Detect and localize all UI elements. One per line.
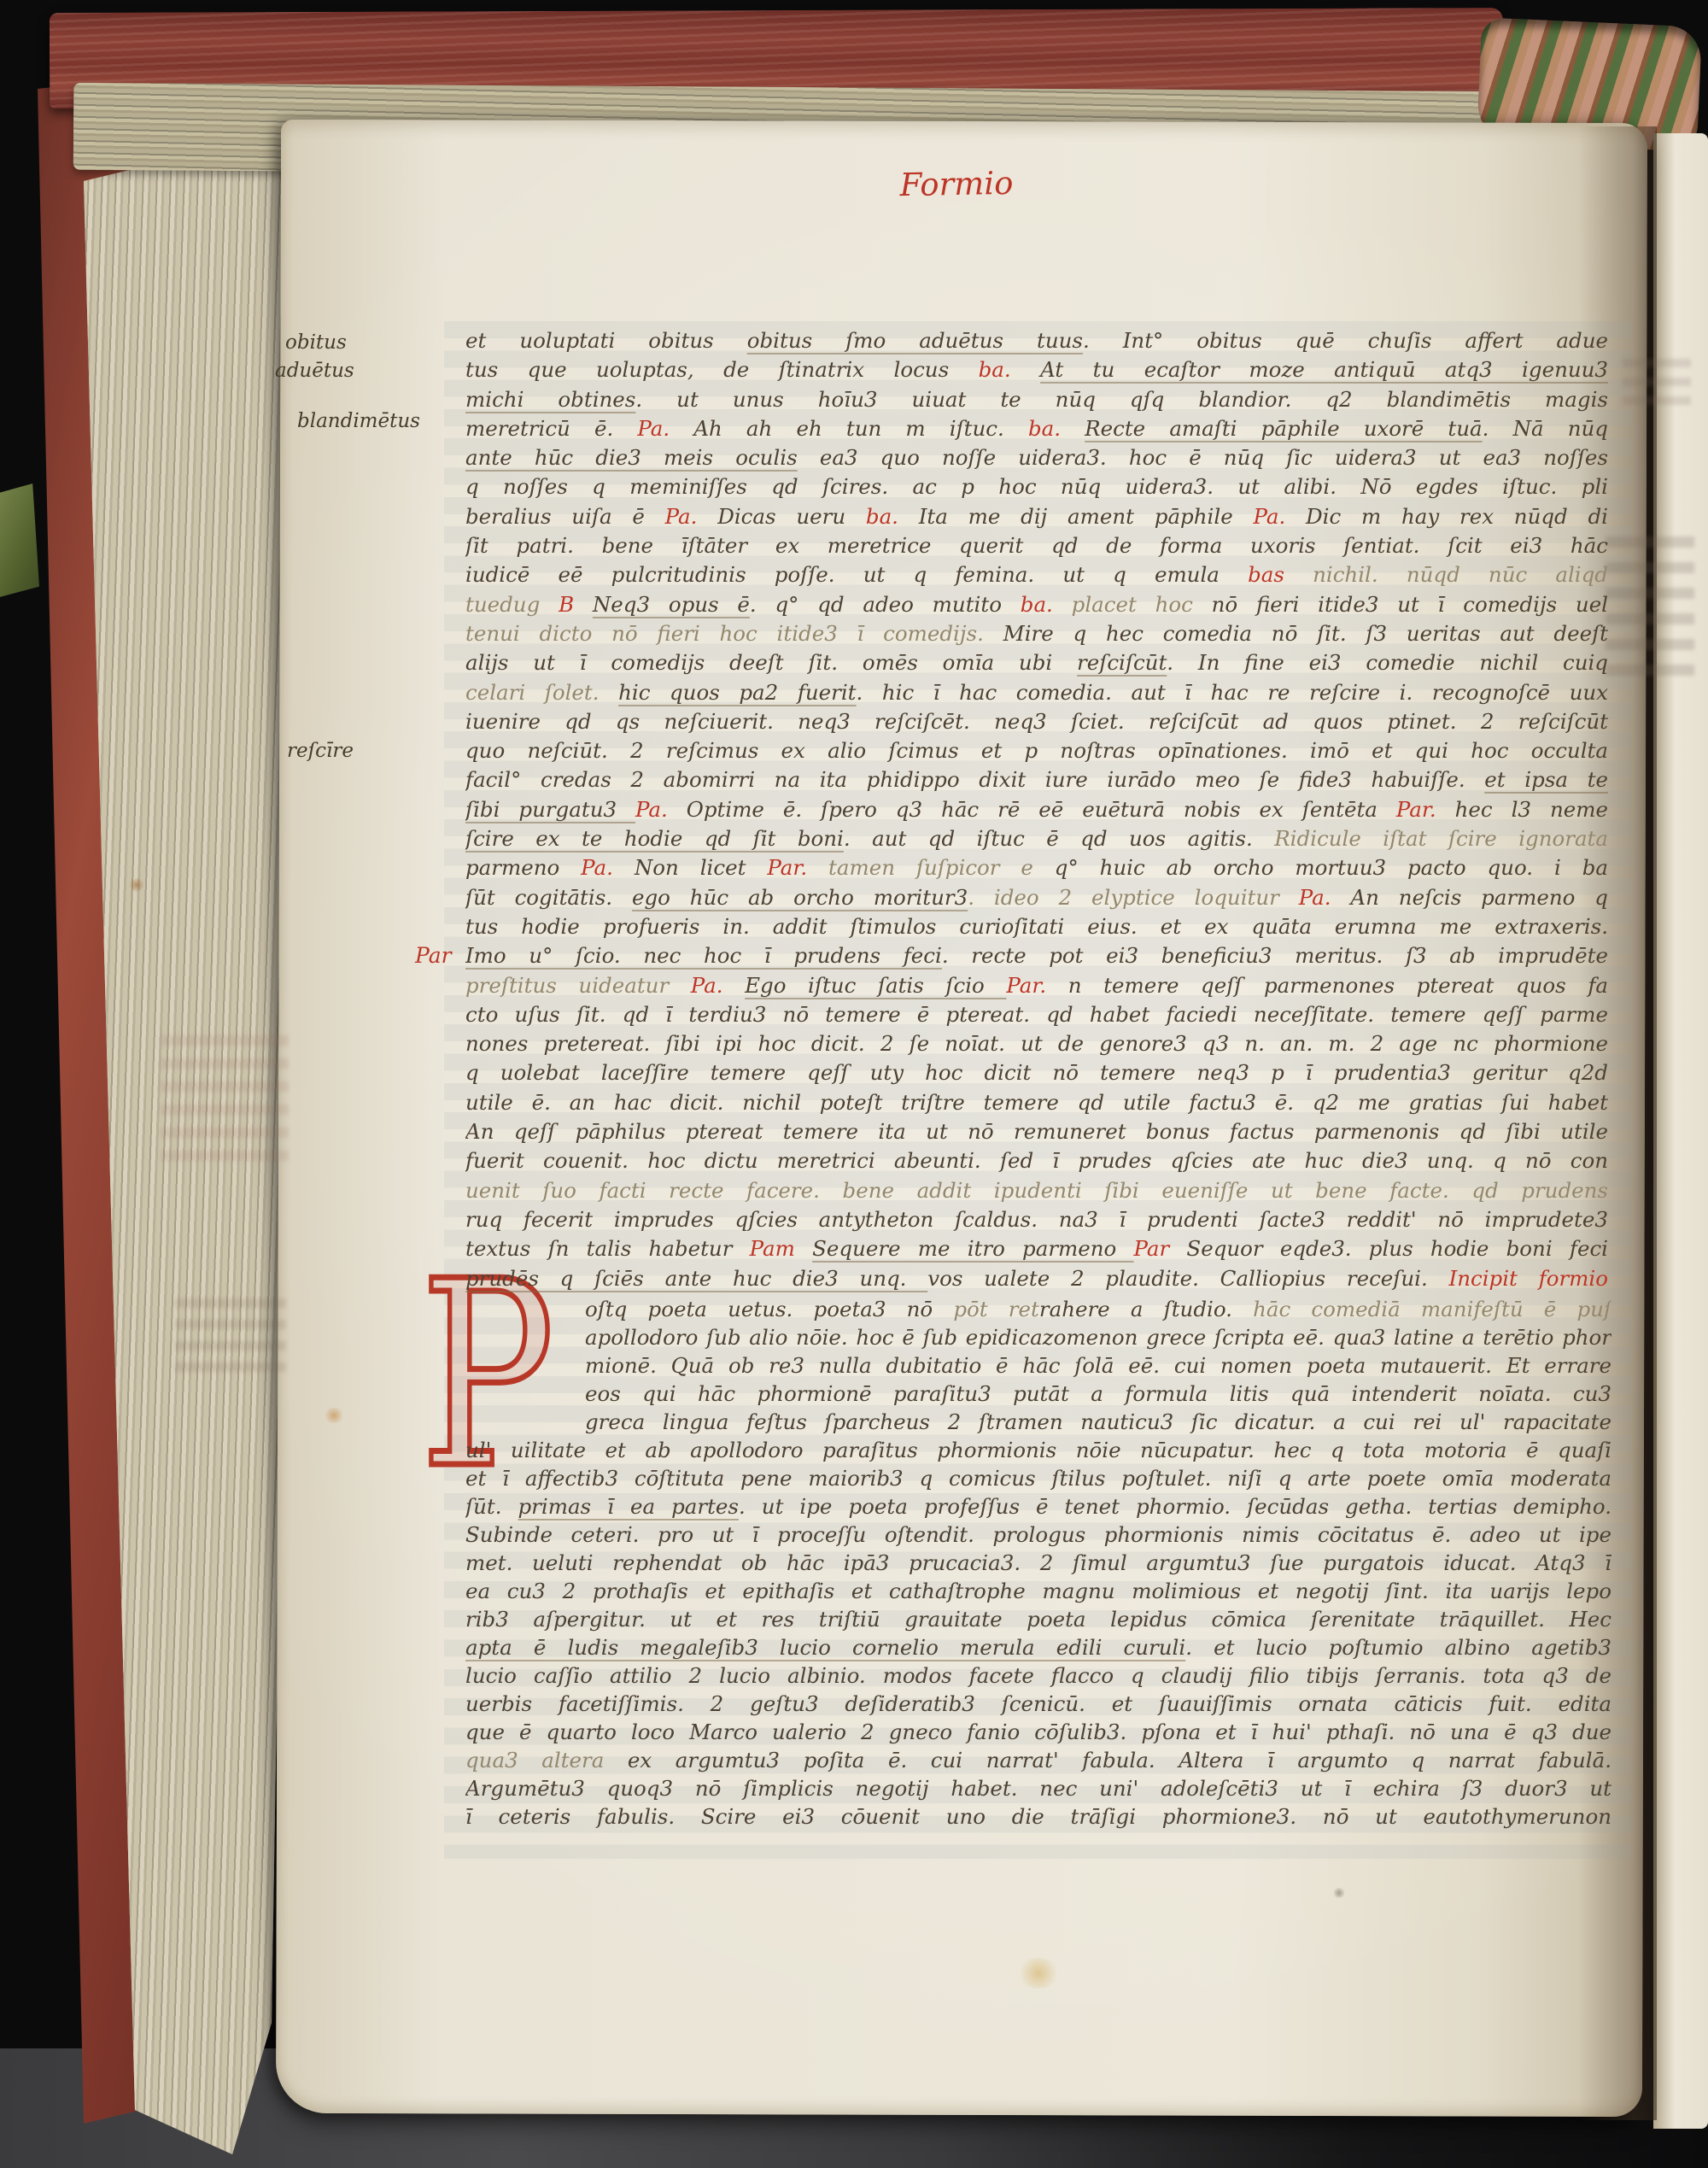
text-segment: tus que uoluptas, de ſtinatrix locus: [465, 357, 979, 382]
stain: [128, 878, 145, 892]
text-segment: ea3 quo noſſe uidera3. hoc ē nūq ſic uid…: [798, 445, 1608, 470]
text-segment: placet hoc: [1072, 592, 1193, 617]
text-line: Subinde ceteri. pro ut ī proceſſu oſtend…: [465, 1521, 1611, 1549]
text-segment: uenit ſuo facti recte facere. bene addit…: [465, 1178, 1608, 1203]
text-line: meretricū ē. Pa. Ah ah eh tun m iſtuc. b…: [465, 414, 1608, 443]
text-line: ante hūc die3 meis oculis ea3 quo noſſe …: [465, 443, 1608, 472]
text-line: lucio caſſio attilio 2 lucio albinio. mo…: [465, 1661, 1611, 1690]
text-segment: ea cu3 2 prothaſis et epithaſis et catha…: [465, 1579, 1611, 1603]
text-segment: q° huic ab orcho mortuu3 pacto quo. i ba: [1055, 855, 1608, 880]
text-segment: fuerit couenit. hoc dictu meretrici abeu…: [465, 1148, 1608, 1173]
text-line: uerbis facetiſſimis. 2 geſtu3 deſiderati…: [465, 1690, 1611, 1718]
text-segment: tus hodie profueris in. addit ſtimulos c…: [465, 914, 1608, 939]
text-segment: parmeno: [465, 855, 581, 880]
stain: [323, 1408, 345, 1423]
text-segment: . aut qd iſtuc ē qd uos agitis.: [844, 826, 1274, 851]
text-line: alijs ut ī comedijs deeſt ſit. omēs omīa…: [465, 648, 1608, 677]
text-segment: . ut ipe poeta profeſſus ē tenet phormio…: [739, 1494, 1611, 1519]
text-segment: et ī affectib3 cōſtituta pene maiorib3 q…: [465, 1466, 1611, 1491]
facing-page-edge: [1653, 133, 1708, 2129]
text-segment: lucio caſſio attilio 2 lucio albinio. mo…: [465, 1663, 1611, 1688]
margin-note-blandimentus: blandimētus: [297, 410, 420, 432]
text-line: oſtq poeta uetus. poeta3 nō pōt retraher…: [465, 1295, 1611, 1323]
text-segment: [795, 1236, 812, 1261]
text-segment: An qeſſ pāphilus ptereat temere ita ut n…: [465, 1119, 1608, 1144]
rubric-mark: ba.: [1021, 592, 1053, 617]
rubric-mark: Pa.: [581, 855, 613, 880]
text-column-1: et uoluptati obitus obitus ſmo aduētus t…: [465, 326, 1608, 1293]
text-segment: oſtq poeta uetus. poeta3 nō: [585, 1297, 953, 1321]
text-line: iudicē eē pulcritudinis poſſe. ut q femi…: [465, 560, 1608, 589]
rubric-mark: Pa.: [691, 973, 723, 998]
text-segment: meretricū ē.: [465, 416, 637, 441]
text-line: apta ē ludis megaleſib3 lucio cornelio m…: [465, 1633, 1611, 1661]
text-segment: Recte amaſti pāphile uxorē tuā: [1085, 416, 1482, 441]
text-segment: . q° qd adeo mutito: [750, 592, 1021, 617]
text-segment: uerbis facetiſſimis. 2 geſtu3 deſiderati…: [465, 1691, 1611, 1716]
text-line: q uolebat laceſſire temere qeſſ uty hoc …: [465, 1058, 1608, 1087]
text-segment: . Nā nūq: [1483, 416, 1608, 441]
text-segment: ego hūc ab orcho moritur3: [632, 885, 968, 910]
rubric-mark: Pa.: [1299, 885, 1331, 910]
text-line: ſit patri. bene īſtāter ex meretrice que…: [465, 531, 1608, 560]
text-segment: Ah ah eh tun m iſtuc.: [670, 416, 1028, 441]
rubric-mark: Pa.: [637, 416, 670, 441]
show-through-patch: [161, 1035, 289, 1163]
text-segment: Dicas ueru: [697, 504, 865, 529]
text-segment: Mire q hec comedia nō ſit. ſ3 ueritas au…: [1003, 621, 1608, 646]
text-segment: qua3 altera: [465, 1748, 628, 1772]
text-line: ſūt cogitātis. ego hūc ab orcho moritur3…: [465, 883, 1608, 912]
text-line: ul' uilitate et ab apollodoro paraſitus …: [465, 1436, 1611, 1464]
text-line: cto uſus ſit. qd ī terdiu3 nō temere ē p…: [465, 1000, 1608, 1029]
text-segment: rahere a ſtudio.: [1039, 1297, 1253, 1321]
rubric-mark: B: [559, 592, 593, 617]
text-line: ſibi purgatu3 Pa. Optime ē. ſpero q3 hāc…: [465, 795, 1608, 824]
rubric-mark: bas: [1248, 562, 1284, 587]
text-segment: apta ē ludis megaleſib3 lucio cornelio m…: [465, 1635, 1185, 1660]
text-segment: ante hūc die3 meis oculis: [465, 445, 798, 470]
text-segment: ſit patri. bene īſtāter ex meretrice que…: [465, 533, 1608, 558]
text-segment: ruq fecerit imprudes qſcies antytheton ſ…: [465, 1207, 1608, 1232]
text-segment: . In fine ei3 comedie nichil cuiq: [1167, 650, 1608, 675]
text-column-2: oſtq poeta uetus. poeta3 nō pōt retraher…: [465, 1295, 1611, 1831]
text-segment: nones pretereat. ſibi ipi hoc dicit. 2 ſ…: [465, 1031, 1608, 1056]
text-line: parmeno Pa. Non licet Par. tamen ſuſpico…: [465, 853, 1608, 882]
rubric-mark: Pa.: [635, 797, 668, 822]
text-segment: alijs ut ī comedijs deeſt ſit. omēs omīa…: [465, 650, 1077, 675]
text-segment: que ē quarto loco Marco ualerio 2 gneco …: [465, 1720, 1611, 1744]
text-line: q noſſes q meminiſſes qd ſcires. ac p ho…: [465, 472, 1608, 501]
text-line: tus que uoluptas, de ſtinatrix locus ba.…: [465, 355, 1608, 384]
text-segment: celari ſolet.: [465, 680, 618, 705]
text-segment: n temere qeſſ parmenones ptereat quos fa: [1046, 973, 1608, 998]
text-line: celari ſolet. hic quos pa2 fuerit. hic ī…: [465, 678, 1608, 707]
text-segment: Ita me dij ament pāphile: [898, 504, 1254, 529]
text-segment: ul' uilitate et ab apollodoro paraſitus …: [465, 1438, 1611, 1462]
text-segment: obitus ſmo aduētus tuus: [747, 328, 1083, 353]
text-line: facil° credas 2 abomirri na ita phidippo…: [465, 765, 1608, 794]
text-segment: . hic ī hac comedia. aut ī hac re reſcir…: [857, 680, 1608, 705]
text-segment: . recte pot ei3 beneficiu3 meritus. ſ3 a…: [942, 943, 1608, 968]
text-line: que ē quarto loco Marco ualerio 2 gneco …: [465, 1718, 1611, 1746]
text-segment: Sequere me itro parmeno: [812, 1236, 1133, 1261]
text-segment: iuenire qd qs neſciuerit. neq3 reſciſcēt…: [465, 709, 1608, 734]
stain: [1016, 1958, 1061, 1989]
text-segment: hec l3 neme: [1436, 797, 1608, 822]
text-segment: et uoluptati obitus: [465, 328, 747, 353]
text-line: prudēs q ſciēs ante huc die3 unq. vos ua…: [465, 1264, 1608, 1293]
text-segment: Dic m hay rex nūqd di: [1285, 504, 1608, 529]
text-line: greca lingua feſtus ſparcheus 2 ſtramen …: [465, 1408, 1611, 1436]
text-segment: . ideo 2 elyptice loquitur: [968, 885, 1299, 910]
text-segment: iudicē eē pulcritudinis poſſe. ut q femi…: [465, 562, 1248, 587]
text-segment: hic quos pa2 fuerit: [618, 680, 856, 705]
show-through-patch: [175, 1298, 286, 1380]
rubric-mark: Par.: [1396, 797, 1436, 822]
rubric-mark: Pam: [750, 1236, 795, 1261]
text-segment: michi obtines: [465, 387, 635, 412]
text-line: ſcire ex te hodie qd ſit boni. aut qd iſ…: [465, 824, 1608, 853]
text-segment: hāc comediā manifeſtū ē puſ: [1253, 1297, 1611, 1321]
text-segment: . ut unus hoīu3 uiuat te nūq qſq blandio…: [635, 387, 1608, 412]
text-line: tenui dicto nō fieri hoc itide3 ī comedi…: [465, 619, 1608, 648]
manuscript-photograph: Formio obitus aduētus blandimētus reſcīr…: [0, 0, 1708, 2168]
text-segment: Sequor eqde3. plus hodie boni feci: [1169, 1236, 1608, 1261]
text-line: michi obtines. ut unus hoīu3 uiuat te nū…: [465, 385, 1608, 414]
text-line: ruq fecerit imprudes qſcies antytheton ſ…: [465, 1205, 1608, 1234]
margin-note-obitus: obitus: [285, 331, 347, 354]
text-segment: [723, 973, 746, 998]
text-segment: Non licet: [613, 855, 767, 880]
text-segment: [1011, 357, 1040, 382]
text-segment: cto uſus ſit. qd ī terdiu3 nō temere ē p…: [465, 1002, 1608, 1027]
text-segment: beralius uiſa ē: [465, 504, 665, 529]
text-segment: q uolebat laceſſire temere qeſſ uty hoc …: [465, 1060, 1608, 1085]
text-segment: pōt ret: [953, 1297, 1039, 1321]
text-segment: apollodoro ſub alio nōie. hoc ē ſub epid…: [585, 1325, 1611, 1350]
text-line: uenit ſuo facti recte facere. bene addit…: [465, 1176, 1608, 1205]
rubric-mark: Par.: [1006, 973, 1046, 998]
text-line: qua3 altera ex argumtu3 poſita ē. cui na…: [465, 1746, 1611, 1774]
text-line: met. ueluti rephendat ob hāc ipā3 prucac…: [465, 1549, 1611, 1577]
text-line: nones pretereat. ſibi ipi hoc dicit. 2 ſ…: [465, 1029, 1608, 1058]
rubric-mark: Pa.: [665, 504, 698, 529]
text-segment: [1053, 592, 1072, 617]
text-segment: utile ē. an hac dicit. nichil poteſt tri…: [465, 1090, 1608, 1115]
text-line: textus ſn talis habetur Pam Sequere me i…: [465, 1234, 1608, 1263]
text-segment: tamen ſuſpicor e: [807, 855, 1055, 880]
text-segment: Ridicule iſtat ſcire ignorata: [1274, 826, 1608, 851]
text-line: rib3 aſpergitur. ut et res triſtiū graui…: [465, 1605, 1611, 1633]
text-segment: Subinde ceteri. pro ut ī proceſſu oſtend…: [465, 1522, 1611, 1547]
text-segment: facil° credas 2 abomirri na ita phidippo…: [465, 767, 1484, 792]
text-segment: met. ueluti rephendat ob hāc ipā3 prucac…: [465, 1550, 1611, 1575]
text-line: ea cu3 2 prothaſis et epithaſis et catha…: [465, 1577, 1611, 1605]
text-segment: textus ſn talis habetur: [465, 1236, 750, 1261]
text-segment: . Int° obitus quē chuſis affert adue: [1083, 328, 1608, 353]
text-line: quo neſciūt. 2 reſcimus ex alio ſcimus e…: [465, 736, 1608, 765]
show-through-patch: [1606, 536, 1694, 682]
green-clasp-tab: [0, 483, 39, 598]
text-line: ſūt. primas ī ea partes. ut ipe poeta pr…: [465, 1492, 1611, 1521]
text-segment: ī ceteris fabulis. Scire ei3 cōuenit uno…: [465, 1804, 1611, 1829]
text-segment: . et lucio poſtumio albino agetib3: [1185, 1635, 1611, 1660]
stain: [1332, 1888, 1346, 1898]
text-segment: At tu ecaſtor moze antiquū atq3 igenuu3: [1040, 357, 1608, 382]
text-line: iuenire qd qs neſciuerit. neq3 reſciſcēt…: [465, 707, 1608, 736]
text-segment: primas ī ea partes: [518, 1494, 739, 1519]
text-line: ī ceteris fabulis. Scire ei3 cōuenit uno…: [465, 1802, 1611, 1831]
rubric-mark: Pa.: [1253, 504, 1285, 529]
text-line: preſtitus uideatur Pa. Ego iſtuc ſatis ſ…: [465, 971, 1608, 1000]
text-segment: tuedug: [465, 592, 559, 617]
margin-note-rescire: reſcīre: [287, 740, 354, 762]
text-segment: tenui dicto nō fieri hoc itide3 ī comedi…: [465, 621, 1003, 646]
text-line: tus hodie profueris in. addit ſtimulos c…: [465, 912, 1608, 941]
text-line: fuerit couenit. hoc dictu meretrici abeu…: [465, 1146, 1608, 1175]
text-segment: vos ualete 2 plaudite. Calliopius receſu…: [927, 1266, 1448, 1291]
rubric-mark: ba.: [979, 357, 1011, 382]
running-title: Formio: [837, 164, 1077, 205]
text-segment: ſcire ex te hodie qd ſit boni: [465, 826, 844, 851]
text-segment: Neq3 opus ē: [593, 592, 750, 617]
text-segment: q noſſes q meminiſſes qd ſcires. ac p ho…: [465, 474, 1608, 499]
text-segment: nō fieri itide3 ut ī comedijs uel: [1193, 592, 1608, 617]
text-line: apollodoro ſub alio nōie. hoc ē ſub epid…: [465, 1323, 1611, 1351]
text-segment: mionē. Quā ob re3 nulla dubitatio ē hāc …: [585, 1353, 1611, 1378]
text-segment: Imo u° ſcio. nec hoc ī prudens feci: [465, 943, 942, 968]
text-segment: reſciſcūt: [1077, 650, 1167, 675]
text-segment: rib3 aſpergitur. ut et res triſtiū graui…: [465, 1607, 1611, 1632]
rubric-mark: Incipit formio: [1449, 1266, 1608, 1291]
show-through-patch: [1623, 359, 1691, 410]
text-segment: et ipsa te: [1484, 767, 1608, 792]
text-line: tuedug B Neq3 opus ē. q° qd adeo mutito …: [465, 590, 1608, 619]
text-segment: prudēs q ſciēs ante huc die3 unq.: [465, 1266, 927, 1291]
text-line: eos qui hāc phormionē paraſitu3 putāt a …: [465, 1380, 1611, 1408]
rubric-mark: ba.: [1028, 416, 1061, 441]
text-line: beralius uiſa ē Pa. Dicas ueru ba. Ita m…: [465, 502, 1608, 531]
rubric-mark: Par.: [767, 855, 807, 880]
text-segment: greca lingua feſtus ſparcheus 2 ſtramen …: [585, 1409, 1611, 1434]
text-line: Imo u° ſcio. nec hoc ī prudens feci. rec…: [465, 941, 1608, 970]
text-segment: An neſcis parmeno q: [1331, 885, 1608, 910]
text-segment: preſtitus uideatur: [465, 973, 691, 998]
text-segment: nichil. nūqd nūc aliqd: [1284, 562, 1608, 587]
margin-note-aduentus: aduētus: [275, 360, 354, 382]
text-segment: ſūt.: [465, 1494, 518, 1519]
text-segment: Argumētu3 quoq3 nō ſimplicis negotij hab…: [465, 1776, 1611, 1801]
text-segment: quo neſciūt. 2 reſcimus ex alio ſcimus e…: [465, 738, 1608, 763]
text-segment: [1061, 416, 1085, 441]
text-segment: Ego iſtuc ſatis ſcio: [745, 973, 1006, 998]
rubric-mark: Par: [1134, 1236, 1170, 1261]
text-segment: ſūt cogitātis.: [465, 885, 632, 910]
text-line: et uoluptati obitus obitus ſmo aduētus t…: [465, 326, 1608, 355]
text-segment: ſibi purgatu3: [465, 797, 635, 822]
text-line: An qeſſ pāphilus ptereat temere ita ut n…: [465, 1117, 1608, 1146]
text-line: mionē. Quā ob re3 nulla dubitatio ē hāc …: [465, 1351, 1611, 1380]
margin-note-par-rubric: Par: [415, 943, 452, 968]
text-line: Argumētu3 quoq3 nō ſimplicis negotij hab…: [465, 1774, 1611, 1802]
text-segment: Optime ē. ſpero q3 hāc rē eē euēturā nob…: [668, 797, 1396, 822]
rubric-mark: ba.: [866, 504, 898, 529]
text-line: et ī affectib3 cōſtituta pene maiorib3 q…: [465, 1464, 1611, 1492]
text-segment: ex argumtu3 poſita ē. cui narrat' fabula…: [628, 1748, 1611, 1772]
text-segment: eos qui hāc phormionē paraſitu3 putāt a …: [585, 1381, 1611, 1406]
text-line: utile ē. an hac dicit. nichil poteſt tri…: [465, 1088, 1608, 1117]
